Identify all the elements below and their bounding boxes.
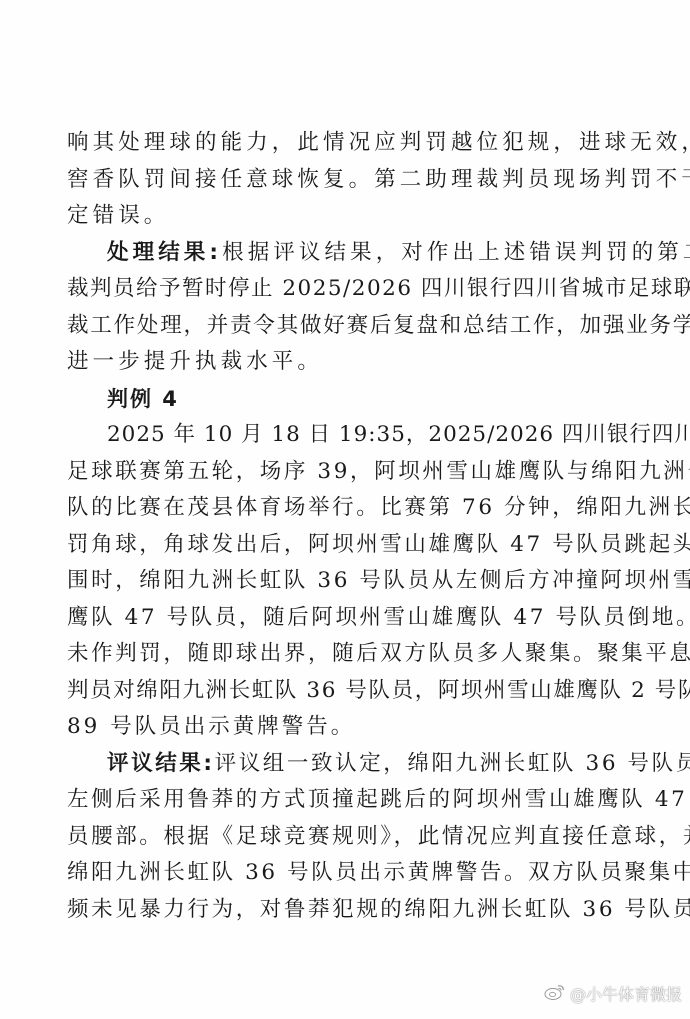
text-line: 足球联赛第五轮，场序 39，阿坝州雪山雄鹰队与绵阳九洲长虹 xyxy=(67,457,627,487)
weibo-icon xyxy=(544,983,566,1005)
text-line: 员腰部。根据《足球竞赛规则》，此情况应判直接任意球，并对 xyxy=(67,822,627,852)
case-heading: 判例 4 xyxy=(107,384,179,414)
text-line: 响其处理球的能力，此情况应判罚越位犯规，进球无效，以泸州 xyxy=(67,128,627,158)
text-line: 裁工作处理，并责令其做好赛后复盘和总结工作，加强业务学习， xyxy=(67,311,627,341)
case-description-first-line: 2025 年 10 月 18 日 19:35，2025/2026 四川银行四川省… xyxy=(107,420,627,450)
text-line: 判员对绵阳九洲长虹队 36 号队员，阿坝州雪山雄鹰队 2 号队员、 xyxy=(67,676,627,706)
text-line: 围时，绵阳九洲长虹队 36 号队员从左侧后方冲撞阿坝州雪山雄 xyxy=(67,566,627,596)
text-line: 窖香队罚间接任意球恢复。第二助理裁判员现场判罚不干扰的决 xyxy=(67,165,627,195)
text-line: 未作判罚，随即球出界，随后双方队员多人聚集。聚集平息后裁 xyxy=(67,639,627,669)
text-line: 队的比赛在茂县体育场举行。比赛第 76 分钟，绵阳九洲长虹队 xyxy=(67,493,627,523)
review-result-text: 评议组一致认定，绵阳九洲长虹队 36 号队员从 xyxy=(215,751,690,776)
handling-result-text: 根据评议结果，对作出上述错误判罚的第二助理 xyxy=(222,240,690,265)
text-line: 89 号队员出示黄牌警告。 xyxy=(67,712,627,742)
text-line: 裁判员给予暂时停止 2025/2026 四川银行四川省城市足球联赛执 xyxy=(67,274,627,304)
text-line: 绵阳九洲长虹队 36 号队员出示黄牌警告。双方队员聚集中，视 xyxy=(67,858,627,888)
text-line: 罚角球，角球发出后，阿坝州雪山雄鹰队 47 号队员跳起头球解 xyxy=(67,530,627,560)
watermark: @小牛体育微报 xyxy=(544,982,682,1005)
handling-result-first-line: 处理结果:根据评议结果，对作出上述错误判罚的第二助理 xyxy=(107,238,627,268)
text-line: 进一步提升执裁水平。 xyxy=(67,347,627,377)
watermark-text: @小牛体育微报 xyxy=(570,982,682,1005)
text-line: 左侧后采用鲁莽的方式顶撞起跳后的阿坝州雪山雄鹰队 47 号队 xyxy=(67,785,627,815)
document-page: 响其处理球的能力，此情况应判罚越位犯规，进球无效，以泸州 窖香队罚间接任意球恢复… xyxy=(0,0,690,1019)
text-line: 频未见暴力行为，对鲁莽犯规的绵阳九洲长虹队 36 号队员黄牌 xyxy=(67,895,627,925)
text-line: 鹰队 47 号队员，随后阿坝州雪山雄鹰队 47 号队员倒地。裁判员 xyxy=(67,603,627,633)
review-result-label: 评议结果: xyxy=(107,751,215,776)
handling-result-label: 处理结果: xyxy=(107,240,222,265)
text-line: 定错误。 xyxy=(67,201,627,231)
review-result-first-line: 评议结果:评议组一致认定，绵阳九洲长虹队 36 号队员从 xyxy=(107,749,627,779)
